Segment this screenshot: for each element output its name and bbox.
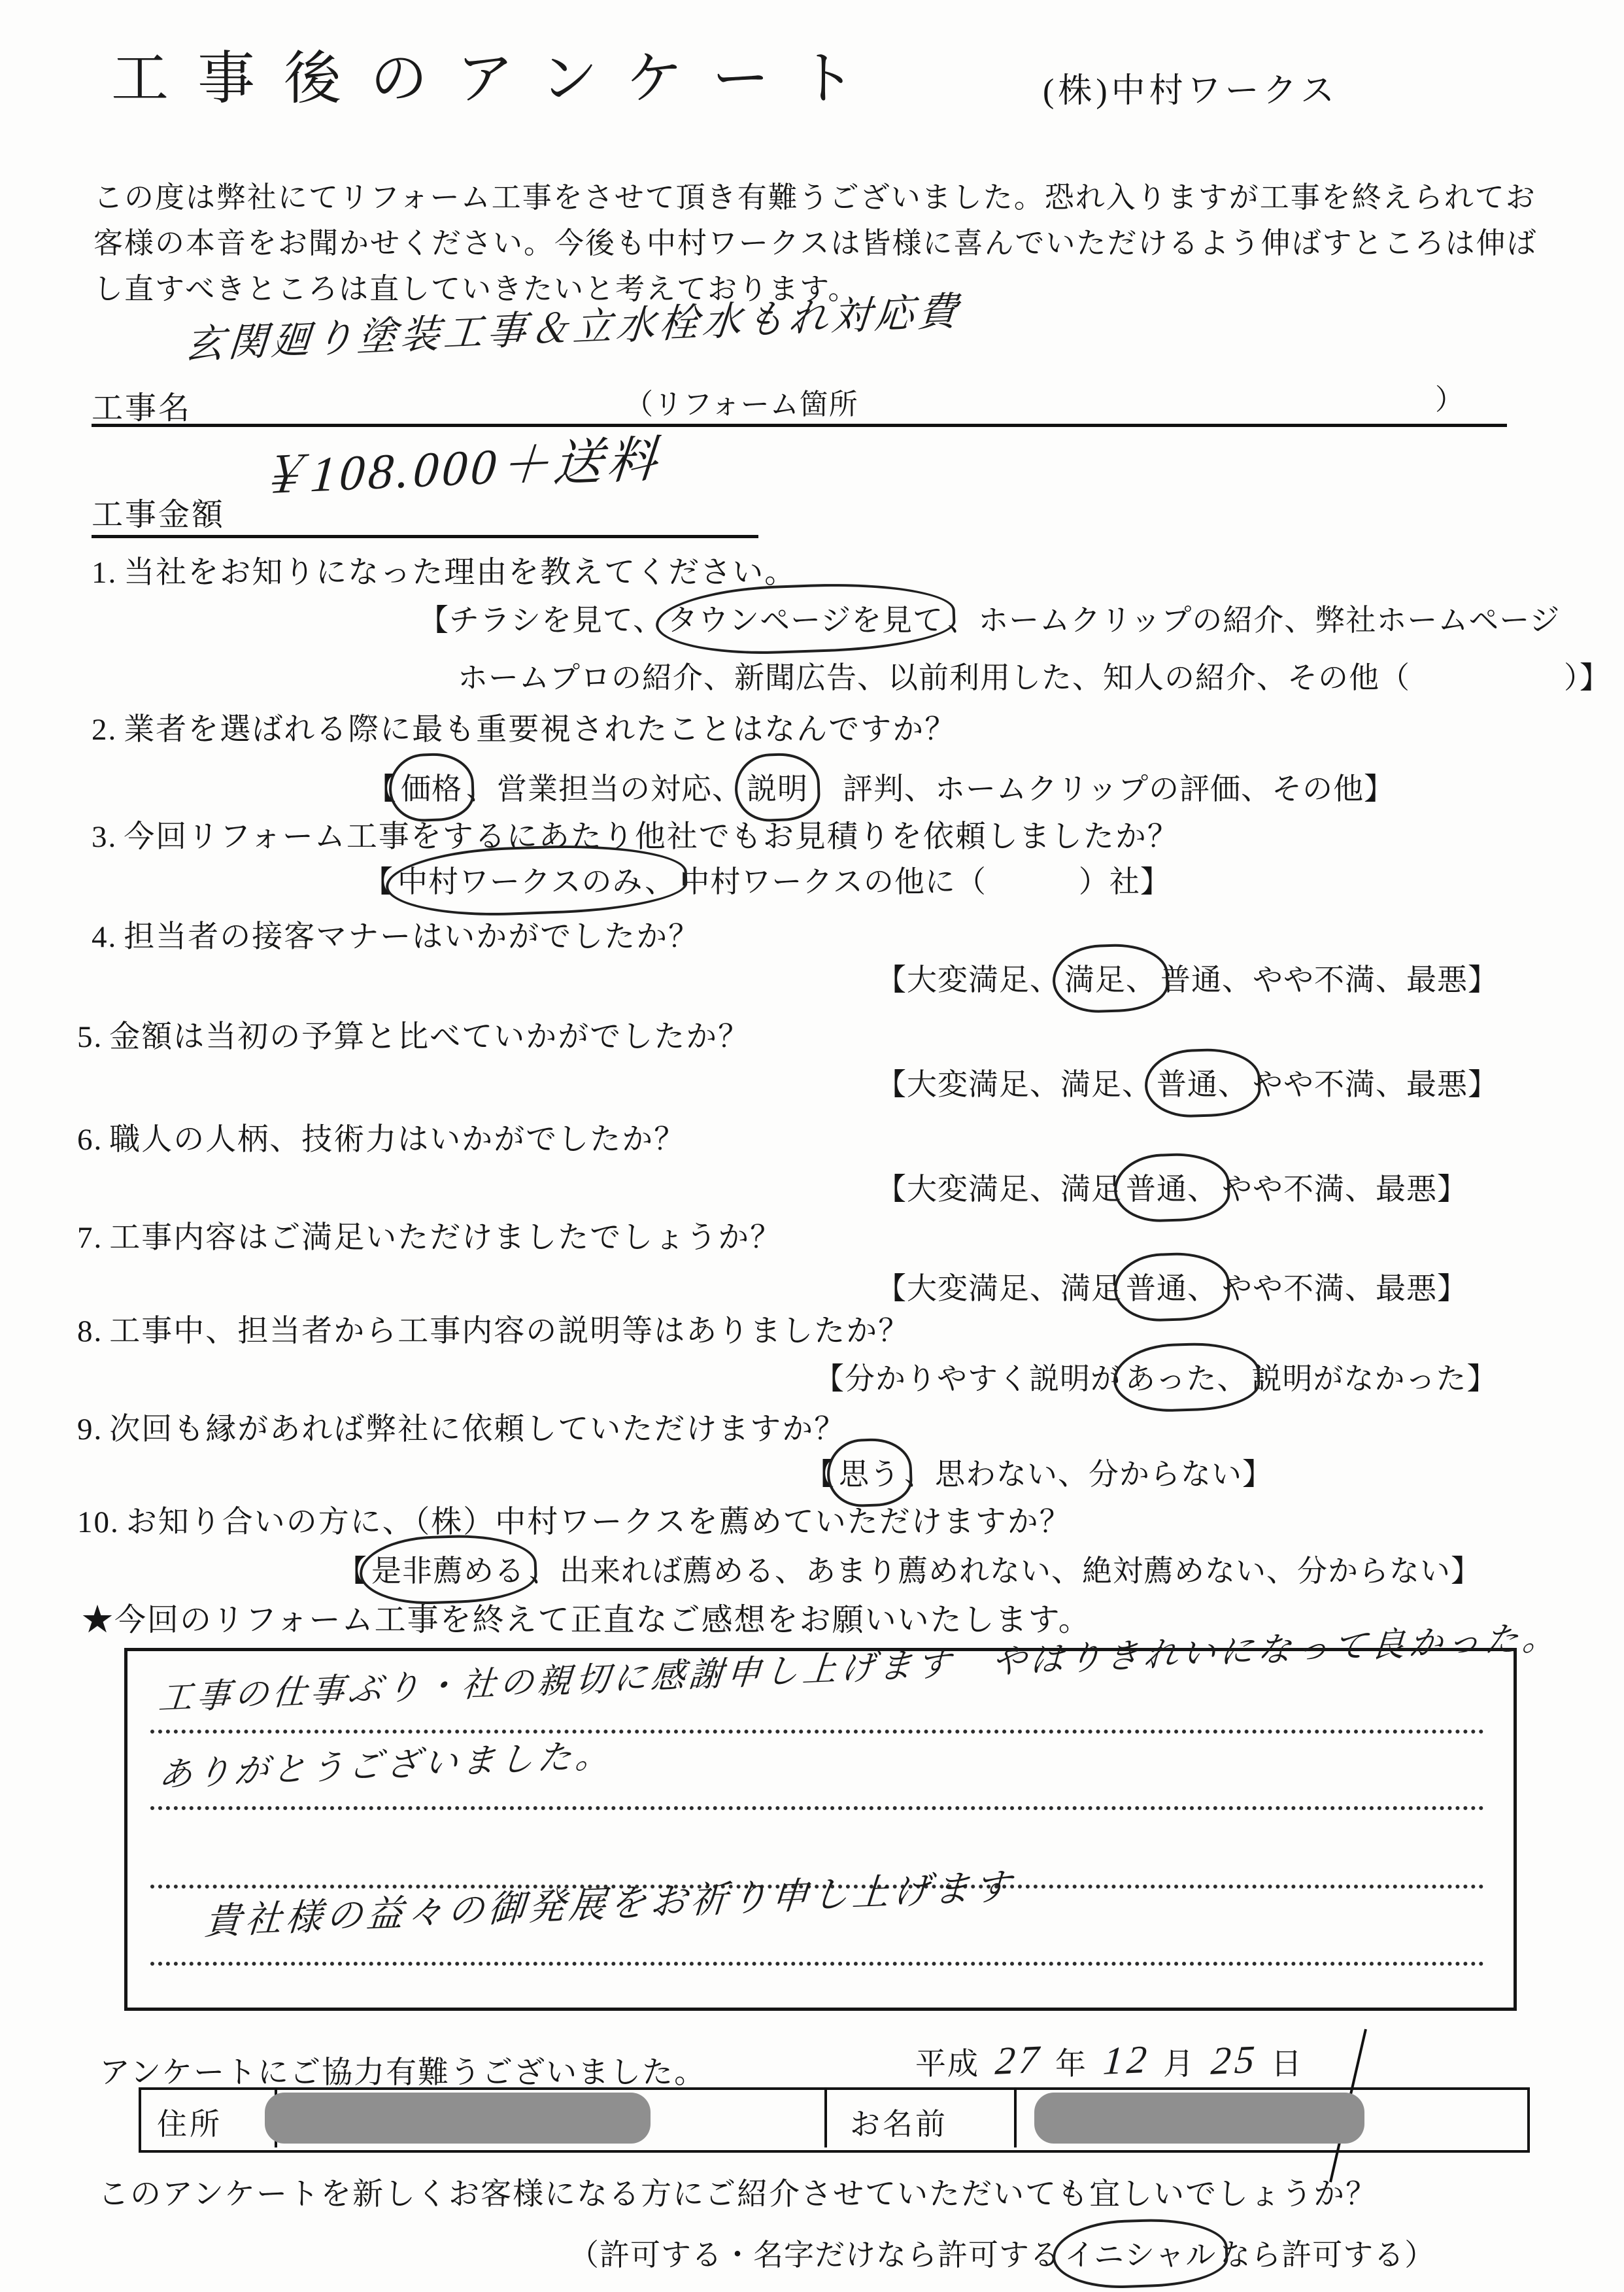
option-text: 【大変満足、満足 <box>876 1272 1122 1305</box>
question-1-options-line-2: ホームプロの紹介、新聞広告、以前利用した、知人の紹介、その他（ ）】 <box>458 654 1610 697</box>
option-text: （許可する・名字だけなら許可する <box>569 2238 1060 2272</box>
option-text: 【大変満足、 <box>876 963 1060 997</box>
question-7-text: 工事内容はご満足いただけましたでしょうか？ <box>109 1221 782 1255</box>
circled-answer: 説明 <box>743 765 812 808</box>
question-8: 8.工事中、担当者から工事内容の説明等はありましたか？ <box>77 1307 910 1350</box>
circled-answer: あった、 <box>1121 1355 1252 1398</box>
question-5-text: 金額は当初の予算と比べていかがでしたか？ <box>109 1020 750 1054</box>
option-text: やや不満、最悪】 <box>1253 1068 1498 1101</box>
referral-question: このアンケートを新しくお客様になる方にご紹介させていただいても宜しいでしょうか？ <box>98 2170 1378 2214</box>
date-day-suffix: 日 <box>1271 2047 1303 2081</box>
name-redaction <box>1034 2093 1364 2144</box>
question-7: 7.工事内容はご満足いただけましたでしょうか？ <box>77 1213 782 1257</box>
question-7-number: 7. <box>77 1221 103 1255</box>
question-1-text: 当社をお知りになった理由を教えてください。 <box>124 556 796 590</box>
question-2-options: 【価格、営業担当の対応、説明 評判、ホームクリップの評価、その他】 <box>366 765 1395 808</box>
question-5: 5.金額は当初の予算と比べていかがでしたか？ <box>77 1012 750 1056</box>
circled-answer: 満足、 <box>1060 956 1160 999</box>
option-text: 【 <box>337 1554 367 1588</box>
name-underline <box>92 424 1507 427</box>
question-8-text: 工事中、担当者から工事内容の説明等はありましたか？ <box>109 1314 910 1348</box>
circled-answer: タウンページを見て <box>664 596 947 640</box>
question-9-text: 次回も縁があれば弊社に依頼していただけますか？ <box>109 1412 846 1446</box>
question-2-text: 業者を選ばれる際に最も重要視されたことはなんですか？ <box>124 713 956 747</box>
question-9-options: 【思う、思わない、分からない】 <box>804 1450 1273 1494</box>
circled-answer: 普通、 <box>1122 1265 1222 1308</box>
question-6-options: 【大変満足、満足普通、やや不満、最悪】 <box>876 1165 1468 1208</box>
option-text: やや不満、最悪】 <box>1222 1172 1468 1206</box>
option-text: ホームプロの紹介、新聞広告、以前利用した、知人の紹介、その他（ ）】 <box>458 661 1610 694</box>
option-text: やや不満、最悪】 <box>1222 1272 1468 1305</box>
table-divider-2 <box>824 2087 827 2147</box>
scanned-survey-page: { "header": { "title": "工事後のアンケート", "com… <box>0 0 1624 2292</box>
page-title: 工事後のアンケート <box>111 33 885 115</box>
reform-area-note: （リフォーム箇所 <box>624 381 858 422</box>
option-text: 中村ワークスの他に（ ）社】 <box>679 865 1171 898</box>
question-10-text: お知り合いの方に、（株）中村ワークスを薦めていただけますか？ <box>126 1505 1072 1539</box>
question-5-options: 【大変満足、満足、普通、やや不満、最悪】 <box>876 1061 1498 1104</box>
question-2-number: 2. <box>92 713 117 747</box>
date-era-label: 平成 <box>915 2047 979 2081</box>
circled-answer: 思う <box>835 1450 904 1494</box>
date-year-handwritten: 27 <box>994 2037 1044 2084</box>
construction-name-label: 工事名 <box>92 383 192 428</box>
circled-answer: 価格 <box>397 765 466 808</box>
question-10-number: 10. <box>77 1505 120 1539</box>
option-text: 【 <box>363 865 394 898</box>
option-text: 普通、やや不満、最悪】 <box>1160 963 1498 997</box>
date-line: 平成 27 年 12 月 25 日 <box>915 2039 1303 2084</box>
circled-answer: 普通、 <box>1153 1061 1253 1104</box>
comment-ruled-line-2 <box>150 1806 1484 1810</box>
option-text: 評判、ホームクリップの評価、その他】 <box>812 772 1395 806</box>
question-6: 6.職人の人柄、技術力はいかがでしたか？ <box>77 1115 686 1159</box>
name-label: お名前 <box>850 2100 948 2144</box>
option-text: 【分かりやすく説明が <box>814 1362 1121 1395</box>
construction-amount-label: 工事金額 <box>92 489 225 534</box>
circled-answer: 普通、 <box>1122 1165 1222 1208</box>
option-text: 、出来れば薦める、あまり薦めれない、絶対薦めない、分からない】 <box>529 1554 1481 1588</box>
question-3-number: 3. <box>92 820 117 854</box>
question-1-number: 1. <box>92 556 117 590</box>
address-label: 住所 <box>157 2100 222 2144</box>
question-4-options: 【大変満足、満足、普通、やや不満、最悪】 <box>876 956 1498 999</box>
question-6-number: 6. <box>77 1123 103 1157</box>
question-6-text: 職人の人柄、技術力はいかがでしたか？ <box>109 1123 686 1157</box>
question-8-number: 8. <box>77 1314 103 1348</box>
question-3: 3.今回リフォーム工事をするにあたり他社でもお見積りを依頼しましたか？ <box>92 812 1179 856</box>
question-1: 1.当社をお知りになった理由を教えてください。 <box>92 548 796 592</box>
question-7-options: 【大変満足、満足普通、やや不満、最悪】 <box>876 1265 1468 1308</box>
question-5-number: 5. <box>77 1020 103 1054</box>
date-month-handwritten: 12 <box>1102 2037 1152 2084</box>
company-name: (株)中村ワークス <box>1043 63 1338 112</box>
reform-area-note-close: ） <box>1435 376 1464 418</box>
option-text: 説明がなかった】 <box>1252 1362 1498 1395</box>
comment-ruled-line-4 <box>150 1962 1484 1966</box>
question-9: 9.次回も縁があれば弊社に依頼していただけますか？ <box>77 1405 846 1448</box>
option-text: 【チラシを見て、 <box>418 604 664 637</box>
permission-options: （許可する・名字だけなら許可するイニシャルなら許可する） <box>569 2231 1435 2274</box>
thanks-text: アンケートにご協力有難うございました。 <box>99 2048 706 2092</box>
date-day-handwritten: 25 <box>1210 2037 1260 2084</box>
option-text: 、ホームクリップの紹介、弊社ホームページ <box>947 604 1560 637</box>
question-3-text: 今回リフォーム工事をするにあたり他社でもお見積りを依頼しましたか？ <box>124 820 1179 854</box>
option-text: 【大変満足、満足、 <box>876 1068 1153 1101</box>
question-4-number: 4. <box>92 920 117 954</box>
question-10-options: 【是非薦める、出来れば薦める、あまり薦めれない、絶対薦めない、分からない】 <box>337 1547 1481 1590</box>
question-1-options-line-1: 【チラシを見て、タウンページを見て、ホームクリップの紹介、弊社ホームページ <box>418 596 1560 640</box>
free-comment-prompt: ★今回のリフォーム工事を終えて正直なご感想をお願いいたします。 <box>82 1594 1091 1639</box>
amount-underline <box>92 535 758 538</box>
question-2: 2.業者を選ばれる際に最も重要視されたことはなんですか？ <box>92 705 956 749</box>
date-year-suffix: 年 <box>1055 2047 1087 2081</box>
circled-answer: 是非薦める <box>367 1547 529 1590</box>
table-divider-3 <box>1014 2087 1017 2147</box>
option-text: 【 <box>366 772 397 806</box>
construction-amount-handwritten: ￥108.000＋送料 <box>255 419 664 508</box>
circled-answer: 中村ワークスのみ、 <box>394 858 679 901</box>
comment-ruled-line-1 <box>150 1730 1484 1734</box>
date-month-suffix: 月 <box>1163 2047 1195 2081</box>
address-redaction <box>265 2093 651 2144</box>
question-4-text: 担当者の接客マナーはいかがでしたか？ <box>124 920 700 954</box>
question-4: 4.担当者の接客マナーはいかがでしたか？ <box>92 912 700 956</box>
option-text: 、営業担当の対応、 <box>466 772 743 806</box>
question-10: 10.お知り合いの方に、（株）中村ワークスを薦めていただけますか？ <box>77 1497 1072 1541</box>
question-3-options: 【中村ワークスのみ、中村ワークスの他に（ ）社】 <box>363 858 1171 901</box>
option-text: なら許可する） <box>1220 2238 1435 2272</box>
circled-answer: イニシャル <box>1060 2231 1220 2274</box>
option-text: 【大変満足、満足 <box>876 1172 1122 1206</box>
question-8-options: 【分かりやすく説明があった、説明がなかった】 <box>814 1355 1498 1398</box>
option-text: 【 <box>804 1458 835 1491</box>
option-text: 、思わない、分からない】 <box>904 1458 1273 1491</box>
question-9-number: 9. <box>77 1412 103 1446</box>
